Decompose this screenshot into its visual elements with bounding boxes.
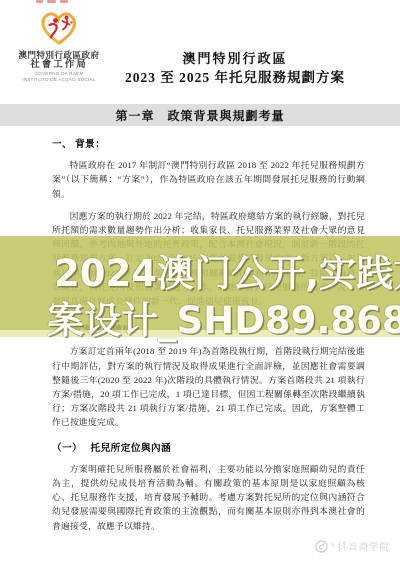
video-watermark: ® 抖音商学院 — [315, 539, 390, 553]
watermark-line2: 案设计_SHD89.868- — [47, 290, 400, 344]
section-heading-background: 一、 背景： — [52, 138, 365, 152]
registered-mark: ® — [331, 543, 335, 549]
watermark-line1: 2024澳门公开,实践方 — [54, 243, 400, 297]
cropped-stamp-fragments — [30, 0, 80, 4]
section-heading-positioning: （一） 托兒所定位與內涵 — [52, 442, 365, 456]
title-line1: 澳門特別行政區 — [70, 50, 400, 68]
document-page: 澳門特別行政區政府 社會工作局 GOVERNO DA RAEM INSTITUT… — [0, 0, 400, 561]
stamp-fragment — [36, 0, 43, 3]
music-note-swirl-icon — [315, 540, 328, 553]
heart-social-work-logo-icon — [35, 8, 83, 48]
chapter-heading: 第一章 政策背景與規劃考量 — [115, 107, 284, 124]
stamp-fragment — [60, 0, 68, 3]
paragraph: 特區政府在 2017 年制訂“澳門特別行政區 2018 至 2022 年托兒服務… — [52, 158, 365, 201]
title-line2: 2023 至 2025 年托兒服務規劃方案 — [70, 68, 400, 88]
document-title: 澳門特別行政區 2023 至 2025 年托兒服務規劃方案 — [70, 50, 400, 88]
stamp-fragment — [47, 0, 56, 3]
video-watermark-label: 抖音商学院 — [337, 539, 390, 553]
paragraph: 方案訂定首兩年(2018 至 2019 年)為首階段執行期，首階段執行期完結後進… — [52, 344, 365, 429]
paragraph: 方案明確托兒所服務屬於社會福利，主要功能以分擔家庭照顧幼兒的責任為主，提供幼兒成… — [52, 462, 365, 533]
chapter-heading-band: 第一章 政策背景與規劃考量 — [0, 104, 400, 126]
